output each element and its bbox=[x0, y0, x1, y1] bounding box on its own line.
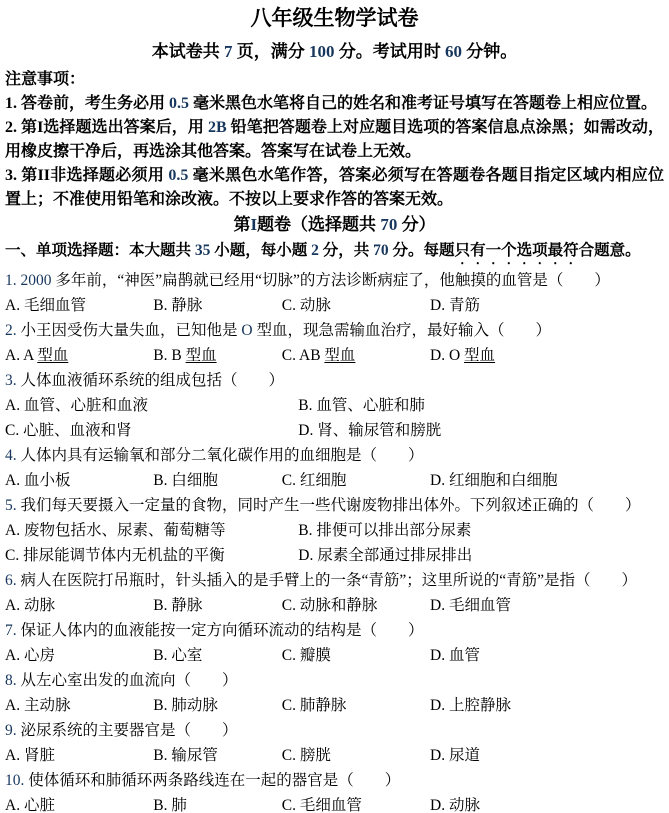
question-8: 8. 从左心室出发的血流向（ ）A. 主动脉B. 肺动脉C. 肺静脉D. 上腔静… bbox=[5, 668, 664, 718]
question-8-options-row: A. 主动脉B. 肺动脉C. 肺静脉D. 上腔静脉 bbox=[5, 693, 664, 718]
question-5: 5. 我们每天要摄入一定量的食物，同时产生一些代谢废物排出体外。下列叙述正确的（… bbox=[5, 493, 664, 568]
question-8-option-C: C. 肺静脉 bbox=[282, 693, 430, 718]
question-5-option-A: A. 废物包括水、尿素、葡萄糖等 bbox=[5, 518, 298, 543]
text-run: C. 动脉 bbox=[282, 297, 331, 314]
text-run: 泌尿系统的主要器官是（ ） bbox=[17, 722, 238, 739]
question-6-option-B: B. 静脉 bbox=[153, 593, 282, 618]
question-10-option-C: C. 毛细血管 bbox=[282, 793, 430, 813]
text-run: D. 血管 bbox=[430, 647, 480, 664]
text-run: 2B bbox=[208, 119, 227, 136]
question-9-option-B: B. 输尿管 bbox=[153, 743, 282, 768]
text-run: 2. bbox=[5, 322, 17, 339]
text-run: 型血 bbox=[186, 347, 217, 364]
text-run: A. 肾脏 bbox=[5, 747, 55, 764]
question-4-stem: 4. 人体内具有运输氧和部分二氧化碳作用的血细胞是（ ） bbox=[5, 443, 664, 468]
question-8-option-D: D. 上腔静脉 bbox=[430, 693, 664, 718]
question-7: 7. 保证人体内的血液能按一定方向循环流动的结构是（ ）A. 心房B. 心室C.… bbox=[5, 618, 664, 668]
question-4-option-B: B. 白细胞 bbox=[153, 468, 282, 493]
question-9-options-row: A. 肾脏B. 输尿管C. 膀胱D. 尿道 bbox=[5, 743, 664, 768]
text-run: 1. 2000 bbox=[5, 272, 52, 289]
text-run: 6. bbox=[5, 572, 17, 589]
text-run: A. 主动脉 bbox=[5, 697, 70, 714]
question-1-option-B: B. 静脉 bbox=[153, 293, 282, 318]
question-2-option-A: A. A 型血 bbox=[5, 343, 153, 368]
text-run: C. 毛细血管 bbox=[282, 797, 362, 813]
text-run: 第 bbox=[233, 215, 250, 234]
text-run: 3. 第II非选择题必须用 bbox=[5, 167, 168, 184]
text-run: D. 青筋 bbox=[430, 297, 480, 314]
text-run: D. 尿道 bbox=[430, 747, 480, 764]
text-run: 使体循环和肺循环两条路线连在一起的器官是（ ） bbox=[24, 772, 400, 789]
text-run: 小题，每小题 bbox=[210, 242, 311, 259]
text-run: 5. bbox=[5, 497, 17, 514]
text-run: 35 bbox=[195, 242, 211, 259]
question-5-option-D: D. 尿素全部通过排尿排出 bbox=[298, 543, 664, 568]
text-run: 型血 bbox=[37, 347, 68, 364]
text-run: 型血 bbox=[324, 347, 355, 364]
question-3-options-row: A. 血管、心脏和血液B. 血管、心脏和肺 bbox=[5, 393, 664, 418]
text-run: C. 膀胱 bbox=[282, 747, 331, 764]
question-2: 2. 小王因受伤大量失血，已知他是 O 型血，现急需输血治疗，最好输入（ ）A.… bbox=[5, 318, 664, 368]
notice-list: 1. 答卷前，考生务必用 0.5 毫米黑色水笔将自己的姓名和准考证号填写在答题卷… bbox=[5, 92, 664, 212]
text-run: 100 bbox=[309, 42, 335, 61]
question-3-stem: 3. 人体血液循环系统的组成包括（ ） bbox=[5, 368, 664, 393]
question-3-option-B: B. 血管、心脏和肺 bbox=[298, 393, 664, 418]
text-run: B. 肺动脉 bbox=[153, 697, 218, 714]
question-list: 1. 2000 多年前，“神医”扁鹊就已经用“切脉”的方法诊断病症了，他触摸的血… bbox=[5, 268, 664, 813]
text-run: B. 白细胞 bbox=[153, 472, 218, 489]
question-9-stem: 9. 泌尿系统的主要器官是（ ） bbox=[5, 718, 664, 743]
text-run: 10. bbox=[5, 772, 24, 789]
question-7-option-D: D. 血管 bbox=[430, 643, 664, 668]
text-run: 题卷（选择题共 bbox=[257, 215, 380, 234]
text-run: A. 心房 bbox=[5, 647, 55, 664]
question-6-option-C: C. 动脉和静脉 bbox=[282, 593, 430, 618]
question-3-option-D: D. 肾、输尿管和膀胱 bbox=[298, 418, 664, 443]
question-4: 4. 人体内具有运输氧和部分二氧化碳作用的血细胞是（ ）A. 血小板B. 白细胞… bbox=[5, 443, 664, 493]
text-run: 毫米黑色水笔将自己的姓名和准考证号填写在答题卷上相应位置。 bbox=[189, 95, 657, 112]
question-4-options-row: A. 血小板B. 白细胞C. 红细胞D. 红细胞和白细胞 bbox=[5, 468, 664, 493]
text-run: 多年前，“神医”扁鹊就已经用“切脉”的方法诊断病症了，他触摸的血管是（ ） bbox=[52, 272, 610, 289]
text-run: C. 肺静脉 bbox=[282, 697, 347, 714]
question-6: 6. 病人在医院打吊瓶时，针头插入的是手臂上的一条“青筋”；这里所说的“青筋”是… bbox=[5, 568, 664, 618]
question-10: 10. 使体循环和肺循环两条路线连在一起的器官是（ ）A. 心脏B. 肺C. 毛… bbox=[5, 768, 664, 813]
page-title: 八年级生物学试卷 bbox=[5, 3, 664, 33]
text-run: 7. bbox=[5, 622, 17, 639]
question-9-option-D: D. 尿道 bbox=[430, 743, 664, 768]
text-run: 只有一个选项最符 bbox=[455, 242, 579, 259]
text-run: D. O bbox=[430, 347, 464, 364]
question-3-options-row: C. 心脏、血液和肾D. 肾、输尿管和膀胱 bbox=[5, 418, 664, 443]
text-run: C. 红细胞 bbox=[282, 472, 347, 489]
text-run: 从左心室出发的血流向（ ） bbox=[17, 672, 238, 689]
question-3-option-A: A. 血管、心脏和血液 bbox=[5, 393, 298, 418]
question-1: 1. 2000 多年前，“神医”扁鹊就已经用“切脉”的方法诊断病症了，他触摸的血… bbox=[5, 268, 664, 318]
text-run: C. AB bbox=[282, 347, 325, 364]
question-7-options-row: A. 心房B. 心室C. 瓣膜D. 血管 bbox=[5, 643, 664, 668]
text-run: B. 血管、心脏和肺 bbox=[298, 397, 425, 414]
question-6-options-row: A. 动脉B. 静脉C. 动脉和静脉D. 毛细血管 bbox=[5, 593, 664, 618]
text-run: D. 红细胞和白细胞 bbox=[430, 472, 557, 489]
text-run: 0.5 bbox=[168, 167, 188, 184]
question-9-option-C: C. 膀胱 bbox=[282, 743, 430, 768]
text-run: A. A bbox=[5, 347, 37, 364]
text-run: A. 心脏 bbox=[5, 797, 55, 813]
question-10-option-A: A. 心脏 bbox=[5, 793, 153, 813]
exam-meta-line: 本试卷共 7 页，满分 100 分。考试用时 60 分钟。 bbox=[5, 38, 664, 66]
question-2-option-C: C. AB 型血 bbox=[282, 343, 430, 368]
question-10-option-D: D. 动脉 bbox=[430, 793, 664, 813]
text-run: 70 bbox=[380, 215, 397, 234]
text-run: B. 静脉 bbox=[153, 597, 202, 614]
question-5-options-row: A. 废物包括水、尿素、葡萄糖等B. 排便可以排出部分尿素 bbox=[5, 518, 664, 543]
text-run: B. 静脉 bbox=[153, 297, 202, 314]
text-run: 人体血液循环系统的组成包括（ ） bbox=[17, 372, 284, 389]
text-run: 70 bbox=[373, 242, 389, 259]
text-run: 0.5 bbox=[169, 95, 189, 112]
text-run: 分。考试用时 bbox=[335, 42, 446, 61]
question-6-option-A: A. 动脉 bbox=[5, 593, 153, 618]
text-run: 7 bbox=[224, 42, 233, 61]
text-run: 病人在医院打吊瓶时，针头插入的是手臂上的一条“青筋”；这里所说的“青筋”是指（ … bbox=[17, 572, 637, 589]
question-2-option-B: B. B 型血 bbox=[153, 343, 282, 368]
question-3-option-C: C. 心脏、血液和肾 bbox=[5, 418, 298, 443]
question-9: 9. 泌尿系统的主要器官是（ ）A. 肾脏B. 输尿管C. 膀胱D. 尿道 bbox=[5, 718, 664, 768]
text-run: B. 心室 bbox=[153, 647, 202, 664]
question-1-stem: 1. 2000 多年前，“神医”扁鹊就已经用“切脉”的方法诊断病症了，他触摸的血… bbox=[5, 268, 664, 293]
section-heading: 第I题卷（选择题共 70 分） bbox=[5, 212, 664, 238]
question-1-option-A: A. 毛细血管 bbox=[5, 293, 153, 318]
text-run: D. 上腔静脉 bbox=[430, 697, 511, 714]
question-5-stem: 5. 我们每天要摄入一定量的食物，同时产生一些代谢废物排出体外。下列叙述正确的（… bbox=[5, 493, 664, 518]
text-run: 型血，现急需输血治疗，最好输入（ ） bbox=[253, 322, 551, 339]
section-intro: 一、单项选择题：本大题共 35 小题，每小题 2 分，共 70 分。每题只有一个… bbox=[5, 238, 664, 268]
question-8-option-B: B. 肺动脉 bbox=[153, 693, 282, 718]
text-run: 保证人体内的血液能按一定方向循环流动的结构是（ ） bbox=[17, 622, 424, 639]
text-run: 2 bbox=[311, 242, 319, 259]
question-1-option-D: D. 青筋 bbox=[430, 293, 664, 318]
question-4-option-A: A. 血小板 bbox=[5, 468, 153, 493]
text-run: A. 血小板 bbox=[5, 472, 70, 489]
question-4-option-C: C. 红细胞 bbox=[282, 468, 430, 493]
question-2-stem: 2. 小王因受伤大量失血，已知他是 O 型血，现急需输血治疗，最好输入（ ） bbox=[5, 318, 664, 343]
question-5-option-B: B. 排便可以排出部分尿素 bbox=[298, 518, 664, 543]
question-7-option-C: C. 瓣膜 bbox=[282, 643, 430, 668]
text-run: 9. bbox=[5, 722, 17, 739]
text-run: 我们每天要摄入一定量的食物，同时产生一些代谢废物排出体外。下列叙述正确的（ ） bbox=[17, 497, 641, 514]
question-3: 3. 人体血液循环系统的组成包括（ ）A. 血管、心脏和血液B. 血管、心脏和肺… bbox=[5, 368, 664, 443]
text-run: D. 动脉 bbox=[430, 797, 480, 813]
text-run: 本试卷共 bbox=[152, 42, 224, 61]
text-run: C. 动脉和静脉 bbox=[282, 597, 378, 614]
text-run: 小王因受伤大量失血，已知他是 bbox=[17, 322, 242, 339]
text-run: A. 毛细血管 bbox=[5, 297, 86, 314]
text-run: 分。每题 bbox=[389, 242, 455, 259]
notice-item-3: 3. 第II非选择题必须用 0.5 毫米黑色水笔作答，答案必须写在答题卷各题目指… bbox=[5, 164, 664, 212]
question-2-options-row: A. A 型血B. B 型血C. AB 型血D. O 型血 bbox=[5, 343, 664, 368]
text-run: A. 废物包括水、尿素、葡萄糖等 bbox=[5, 522, 225, 539]
text-run: 60 bbox=[445, 42, 462, 61]
question-4-option-D: D. 红细胞和白细胞 bbox=[430, 468, 664, 493]
notice-item-1: 1. 答卷前，考生务必用 0.5 毫米黑色水笔将自己的姓名和准考证号填写在答题卷… bbox=[5, 92, 664, 116]
question-7-stem: 7. 保证人体内的血液能按一定方向循环流动的结构是（ ） bbox=[5, 618, 664, 643]
text-run: D. 尿素全部通过排尿排出 bbox=[298, 547, 472, 564]
text-run: 4. bbox=[5, 447, 17, 464]
text-run: 分，共 bbox=[319, 242, 373, 259]
text-run: C. 瓣膜 bbox=[282, 647, 331, 664]
text-run: 分） bbox=[397, 215, 435, 234]
text-run: D. 肾、输尿管和膀胱 bbox=[298, 422, 441, 439]
question-1-options-row: A. 毛细血管B. 静脉C. 动脉D. 青筋 bbox=[5, 293, 664, 318]
text-run: B. 排便可以排出部分尿素 bbox=[298, 522, 471, 539]
question-1-option-C: C. 动脉 bbox=[282, 293, 430, 318]
question-9-option-A: A. 肾脏 bbox=[5, 743, 153, 768]
text-run: 型血 bbox=[464, 347, 495, 364]
text-run: 2. 第I选择题选出答案后，用 bbox=[5, 119, 208, 136]
text-run: B. 输尿管 bbox=[153, 747, 218, 764]
notice-heading: 注意事项： bbox=[5, 68, 664, 92]
text-run: C. 排尿能调节体内无机盐的平衡 bbox=[5, 547, 225, 564]
question-6-stem: 6. 病人在医院打吊瓶时，针头插入的是手臂上的一条“青筋”；这里所说的“青筋”是… bbox=[5, 568, 664, 593]
text-run: 分钟。 bbox=[462, 42, 517, 61]
text-run: 合题意。 bbox=[579, 242, 641, 259]
question-5-options-row: C. 排尿能调节体内无机盐的平衡D. 尿素全部通过排尿排出 bbox=[5, 543, 664, 568]
text-run: 人体内具有运输氧和部分二氧化碳作用的血细胞是（ ） bbox=[17, 447, 424, 464]
notice-item-2: 2. 第I选择题选出答案后，用 2B 铅笔把答题卷上对应题目选项的答案信息点涂黑… bbox=[5, 116, 664, 164]
text-run: 1. 答卷前，考生务必用 bbox=[5, 95, 169, 112]
text-run: 3. bbox=[5, 372, 17, 389]
question-7-option-A: A. 心房 bbox=[5, 643, 153, 668]
exam-paper-page: 八年级生物学试卷 本试卷共 7 页，满分 100 分。考试用时 60 分钟。 注… bbox=[5, 3, 664, 813]
text-run: A. 动脉 bbox=[5, 597, 55, 614]
text-run: A. 血管、心脏和血液 bbox=[5, 397, 148, 414]
question-5-option-C: C. 排尿能调节体内无机盐的平衡 bbox=[5, 543, 298, 568]
text-run: B. 肺 bbox=[153, 797, 187, 813]
question-8-stem: 8. 从左心室出发的血流向（ ） bbox=[5, 668, 664, 693]
question-10-stem: 10. 使体循环和肺循环两条路线连在一起的器官是（ ） bbox=[5, 768, 664, 793]
text-run: 页，满分 bbox=[233, 42, 310, 61]
text-run: B. B bbox=[153, 347, 185, 364]
question-10-options-row: A. 心脏B. 肺C. 毛细血管D. 动脉 bbox=[5, 793, 664, 813]
text-run: O bbox=[241, 322, 252, 339]
text-run: D. 毛细血管 bbox=[430, 597, 511, 614]
text-run: 一、单项选择题：本大题共 bbox=[5, 242, 195, 259]
question-10-option-B: B. 肺 bbox=[153, 793, 282, 813]
text-run: C. 心脏、血液和肾 bbox=[5, 422, 132, 439]
question-8-option-A: A. 主动脉 bbox=[5, 693, 153, 718]
question-6-option-D: D. 毛细血管 bbox=[430, 593, 664, 618]
question-2-option-D: D. O 型血 bbox=[430, 343, 664, 368]
question-7-option-B: B. 心室 bbox=[153, 643, 282, 668]
text-run: 8. bbox=[5, 672, 17, 689]
